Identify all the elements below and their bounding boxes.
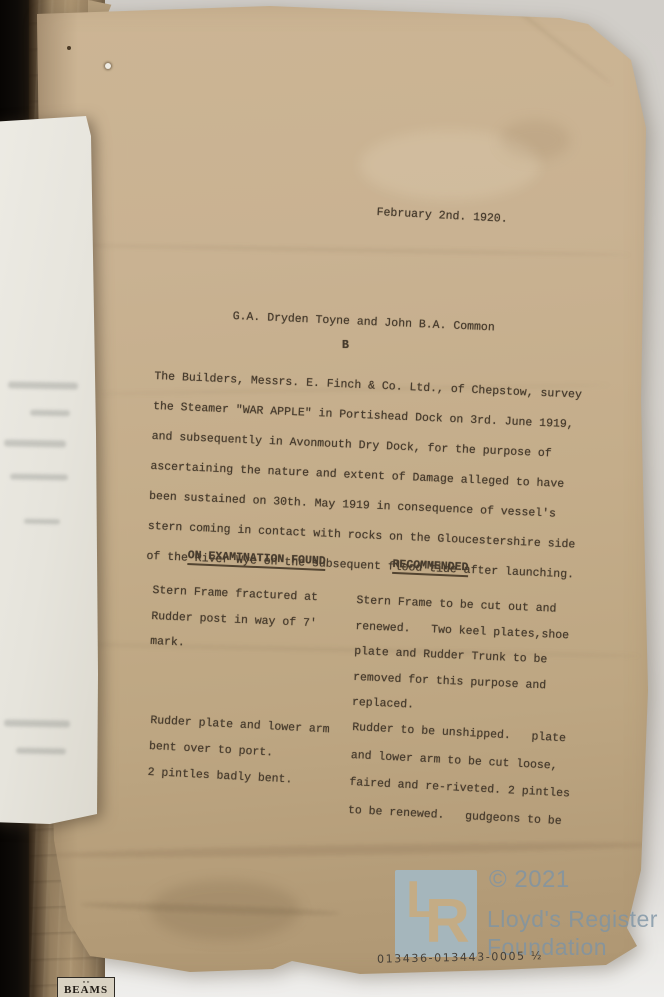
spine-label: „ „ BEAMS bbox=[57, 977, 115, 997]
ink-bleed-mark bbox=[16, 748, 66, 755]
ink-bleed-mark bbox=[4, 719, 70, 727]
spine-label-text: BEAMS bbox=[58, 984, 114, 996]
copyright-watermark: © 2021 bbox=[489, 866, 570, 894]
recommended-header: RECOMMENDED bbox=[392, 558, 469, 577]
ink-bleed-mark bbox=[8, 381, 78, 389]
underlying-page bbox=[0, 114, 100, 826]
org-watermark-line1: Lloyd's Register bbox=[487, 906, 658, 933]
paper-speck bbox=[67, 46, 71, 50]
recommended-column-row2: Rudder to be unshipped. plateand lower a… bbox=[347, 714, 573, 835]
ink-bleed-mark bbox=[30, 410, 70, 417]
ink-bleed-mark bbox=[10, 473, 68, 480]
paper-stain bbox=[150, 880, 300, 940]
punch-hole bbox=[105, 63, 111, 69]
lr-logo: L R bbox=[395, 870, 477, 957]
ink-bleed-mark bbox=[24, 519, 60, 525]
paper-highlight bbox=[360, 130, 540, 200]
parties-separator: B bbox=[342, 339, 349, 352]
found-column-row1: Stern Frame fractured atRudder post in w… bbox=[150, 578, 319, 662]
recommended-column-row1: Stern Frame to be cut out andrenewed. Tw… bbox=[351, 588, 570, 725]
ink-bleed-mark bbox=[4, 439, 66, 447]
paper-crease bbox=[50, 840, 650, 860]
found-column-row2: Rudder plate and lower armbent over to p… bbox=[147, 708, 330, 795]
paper-crease bbox=[70, 243, 630, 257]
paper-crease bbox=[477, 0, 613, 86]
underlying-page-wrapper bbox=[0, 114, 102, 828]
lr-logo-letter-r: R bbox=[425, 886, 470, 957]
